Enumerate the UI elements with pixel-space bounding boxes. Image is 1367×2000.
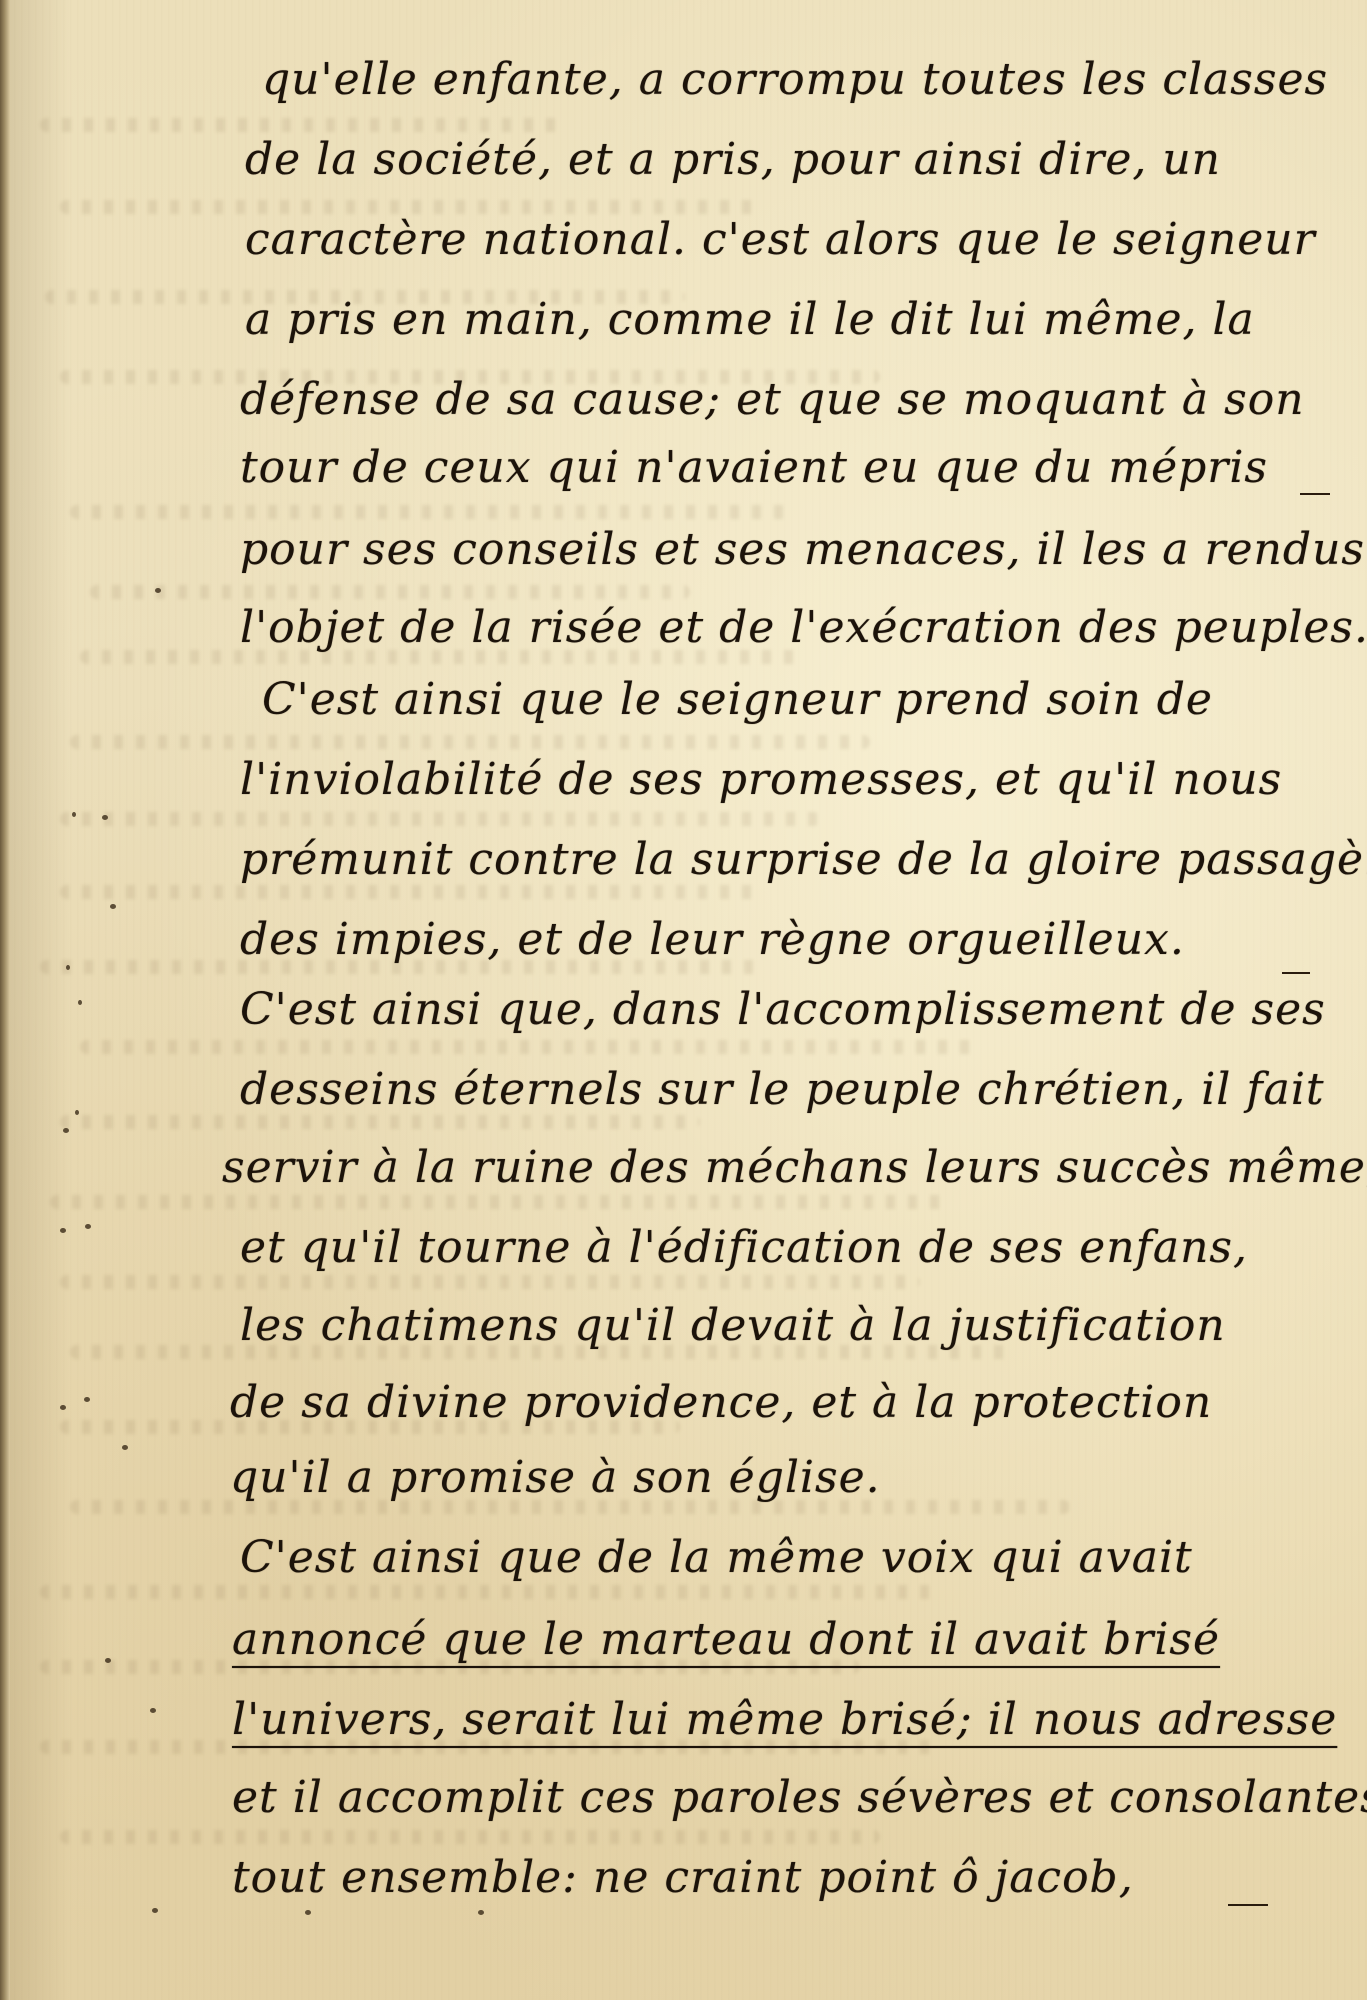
text-line: des impies, et de leur règne orgueilleux… [240,912,1185,968]
text-line: a pris en main, comme il le dit lui même… [245,292,1255,348]
text-line: l'objet de la risée et de l'exécration d… [240,600,1367,656]
text-line: caractère national. c'est alors que le s… [245,212,1316,268]
text-line: et il accomplit ces paroles sévères et c… [232,1770,1367,1826]
text-line: servir à la ruine des méchans leurs succ… [222,1140,1367,1196]
text-line: de la société, et a pris, pour ainsi dir… [245,132,1221,188]
line-end-dash [1282,972,1310,974]
text-line: de sa divine providence, et à la protect… [230,1375,1212,1431]
text-line: qu'il a promise à son église. [230,1450,881,1506]
line-end-dash [1228,1904,1268,1906]
text-line: défense de sa cause; et que se moquant à… [240,372,1305,428]
manuscript-text: qu'elle enfante, a corrompu toutes les c… [0,0,1367,2000]
text-line: les chatimens qu'il devait à la justific… [240,1298,1226,1354]
manuscript-page: qu'elle enfante, a corrompu toutes les c… [0,0,1367,2000]
text-line: C'est ainsi que de la même voix qui avai… [240,1530,1193,1586]
text-line: C'est ainsi que le seigneur prend soin d… [262,672,1213,728]
text-line-underlined: annoncé que le marteau dont il avait bri… [232,1612,1220,1668]
text-line: tour de ceux qui n'avaient eu que du mép… [240,440,1268,496]
text-line: prémunit contre la surprise de la gloire… [240,832,1367,888]
text-line: C'est ainsi que, dans l'accomplissement … [240,982,1326,1038]
line-end-dash [1300,493,1330,495]
text-line: et qu'il tourne à l'édification de ses e… [240,1220,1248,1276]
text-line: tout ensemble: ne craint point ô jacob, [232,1850,1134,1906]
text-line: pour ses conseils et ses menaces, il les… [240,522,1365,578]
text-line-underlined: l'univers, serait lui même brisé; il nou… [232,1692,1337,1748]
text-line: l'inviolabilité de ses promesses, et qu'… [240,752,1282,808]
text-line: desseins éternels sur le peuple chrétien… [240,1062,1325,1118]
text-line: qu'elle enfante, a corrompu toutes les c… [262,52,1328,108]
